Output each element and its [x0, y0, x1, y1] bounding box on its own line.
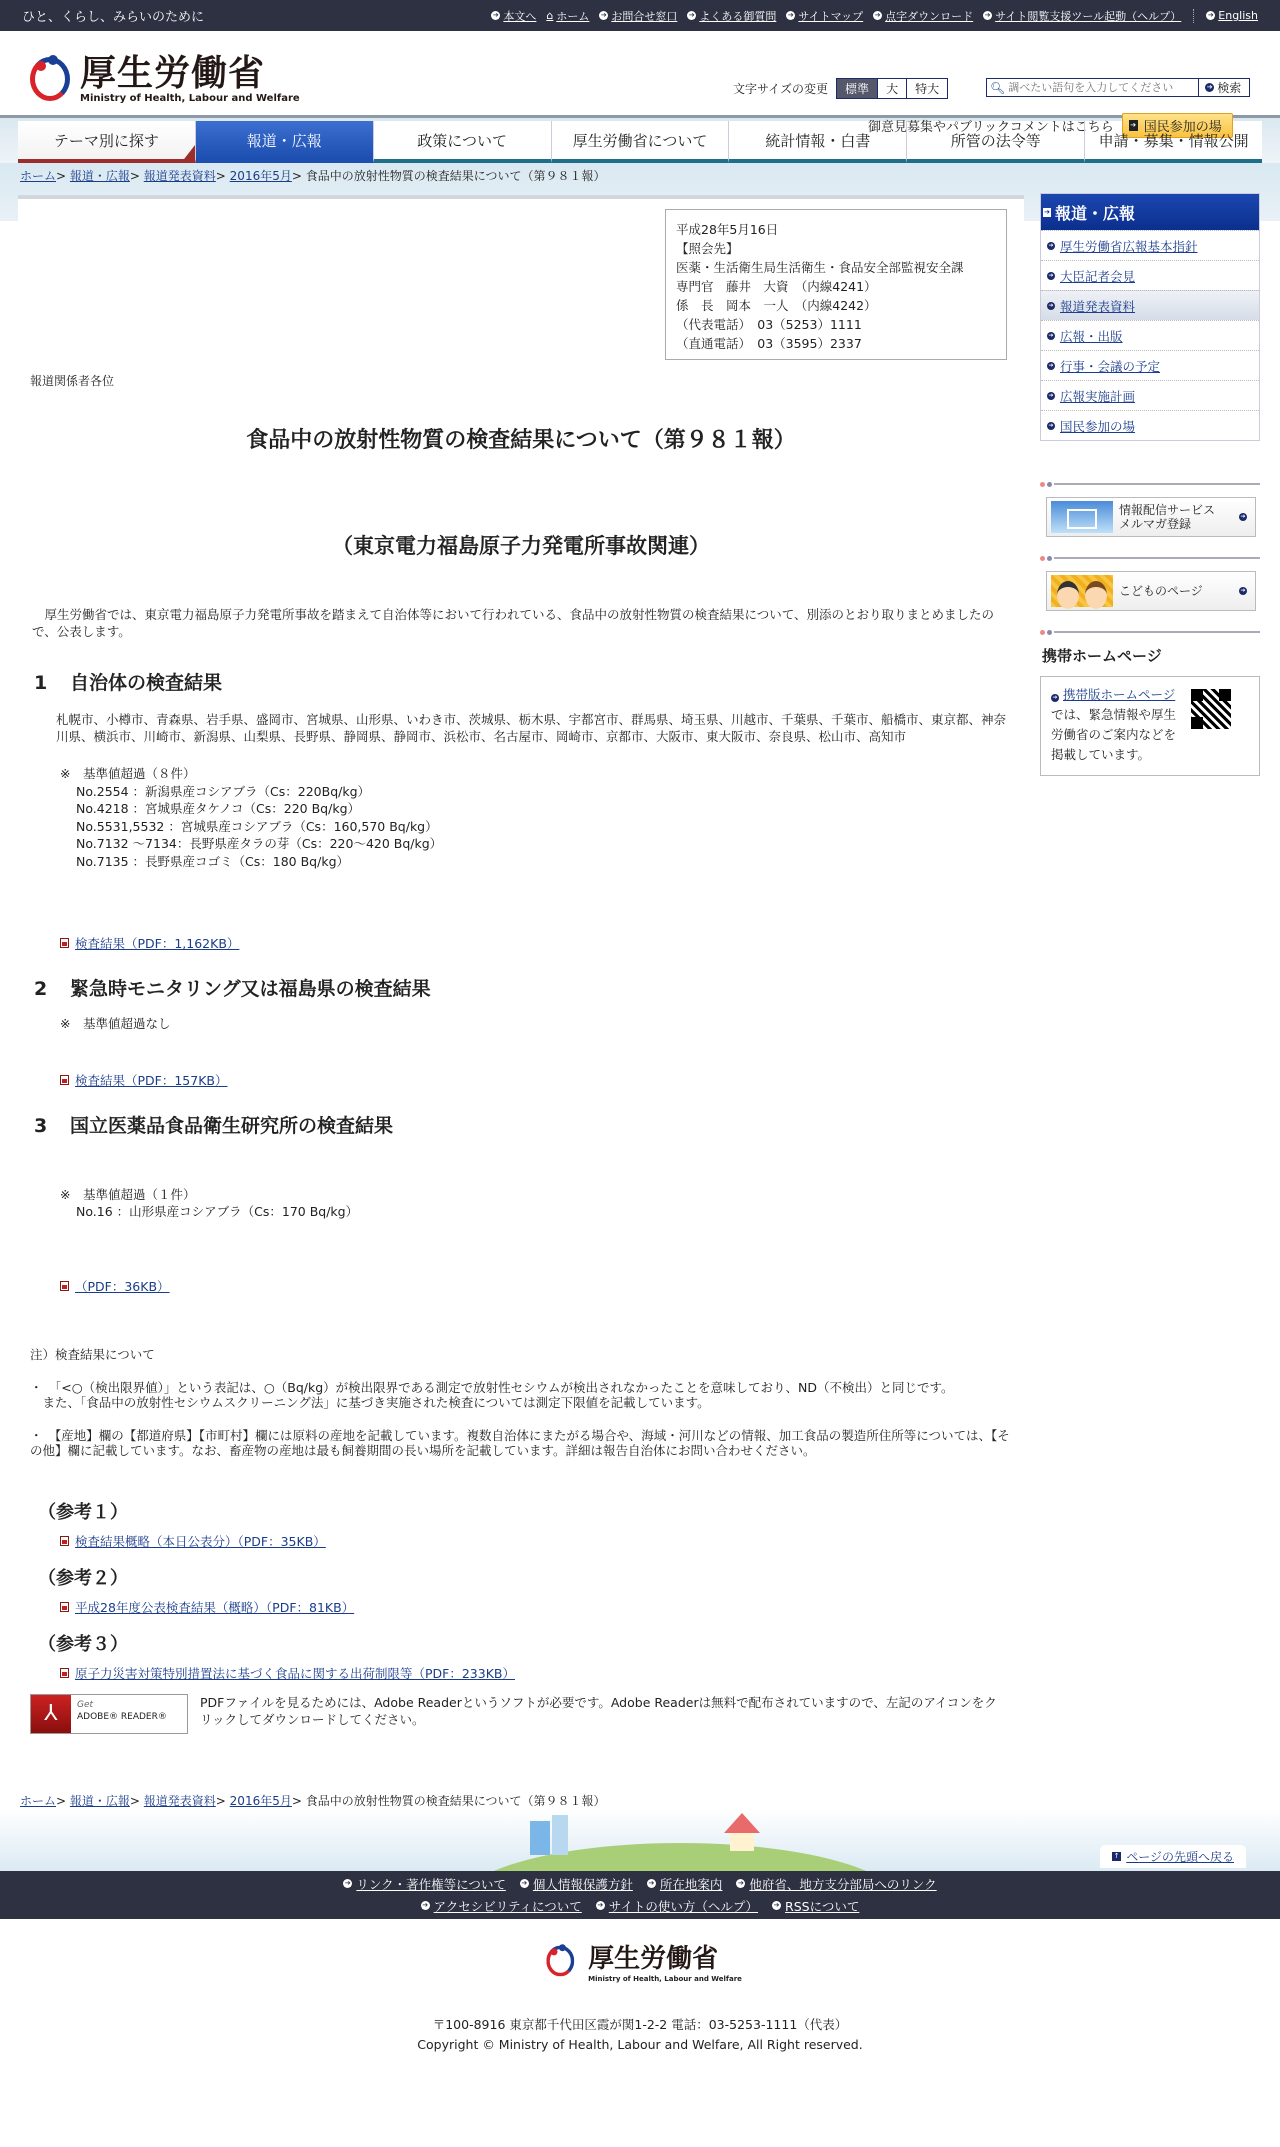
sidebar-item-pr-policy[interactable]: ➔厚生労働省広報基本指針	[1041, 230, 1259, 260]
arrow-circle-icon: ➔	[1047, 362, 1055, 370]
note-paragraph: ・ 【産地】欄の【都道府県】【市町村】欄には原料の産地を記載しています。複数自治…	[30, 1428, 1012, 1458]
breadcrumb-home[interactable]: ホーム	[20, 169, 56, 183]
text-size-xlarge-button[interactable]: 特大	[906, 79, 947, 98]
sidebar-item-link[interactable]: 大臣記者会見	[1060, 267, 1135, 285]
banner-label: こどものページ	[1113, 584, 1239, 598]
adobe-get-label: Get	[77, 1699, 167, 1711]
link-label: ホーム	[556, 8, 589, 24]
pdf-link-section-3[interactable]: （PDF：36KB）	[75, 1277, 170, 1295]
sidebar-item-pr-plan[interactable]: ➔広報実施計画	[1041, 380, 1259, 410]
search-button-label: 検索	[1217, 79, 1241, 96]
reference-3-title: （参考３）	[30, 1630, 1012, 1656]
sidebar-item-press-releases[interactable]: ➔報道発表資料	[1041, 290, 1259, 320]
logo-english: Ministry of Health, Labour and Welfare	[80, 93, 300, 104]
link-label: RSSについて	[785, 1897, 859, 1915]
sidebar-item-publications[interactable]: ➔広報・出版	[1041, 320, 1259, 350]
pdf-link-row: 平成28年度公表検査結果（概略）（PDF：81KB）	[60, 1598, 1012, 1616]
breadcrumb-current: 食品中の放射性物質の検査結果について（第９８１報）	[306, 169, 606, 183]
text-size-standard-button[interactable]: 標準	[837, 79, 877, 98]
building-illustration	[552, 1815, 568, 1855]
exceedance-note-2: ※ 基準値超過なし	[60, 1015, 1012, 1033]
footer-scenery: ↑ページの先頭へ戻る	[0, 1809, 1280, 1871]
breadcrumb-current: 食品中の放射性物質の検査結果について（第９８１報）	[306, 1794, 606, 1808]
section-3-heading: 3国立医薬品食品衛生研究所の検査結果	[30, 1111, 1012, 1138]
note-item: No.4218 ：宮城県産タケノコ（Cs：220 Bq/kg）	[60, 800, 1012, 818]
nav-tab-themes[interactable]: テーマ別に探す	[18, 121, 196, 163]
qr-code-icon	[1191, 689, 1231, 729]
text-size-buttons: 標準 大 特大	[836, 78, 948, 99]
arrow-square-icon: ➔	[1043, 208, 1051, 217]
sidebar-press-menu: ➔報道・広報 ➔厚生労働省広報基本指針 ➔大臣記者会見 ➔報道発表資料 ➔広報・…	[1040, 193, 1260, 441]
section-number: 2	[34, 978, 70, 1000]
footer-logo-mark	[538, 1935, 584, 1987]
note-heading: ※ 基準値超過（８件）	[60, 765, 1012, 783]
exceedance-note-1: ※ 基準値超過（８件） No.2554 ：新潟県産コシアブラ（Cs：220Bq/…	[60, 765, 1012, 870]
sidebar: ➔報道・広報 ➔厚生労働省広報基本指針 ➔大臣記者会見 ➔報道発表資料 ➔広報・…	[1040, 193, 1260, 1774]
reference-2-title: （参考２）	[30, 1564, 1012, 1590]
pdf-icon	[60, 1075, 69, 1085]
footer-link-rss[interactable]: ➔RSSについて	[772, 1897, 859, 1915]
text-size-large-button[interactable]: 大	[877, 79, 906, 98]
link-faq[interactable]: ➔よくある御質問	[687, 8, 776, 24]
link-accessibility-tool[interactable]: ➔サイト閲覧支援ツール起動（ヘルプ）	[983, 8, 1181, 24]
contact-person-2: 係 長 岡本 一人 （内線4242）	[676, 296, 996, 315]
arrow-circle-icon: ➔	[873, 11, 882, 20]
reference-1-link[interactable]: 検査結果概略（本日公表分）（PDF：35KB）	[75, 1532, 326, 1550]
link-label: よくある御質問	[699, 8, 776, 24]
sidebar-item-link[interactable]: 広報・出版	[1060, 327, 1123, 345]
contact-dept: 医薬・生活衛生局生活衛生・食品安全部監視安全課	[676, 258, 996, 277]
divider	[1040, 555, 1260, 561]
pdf-link-row: （PDF：36KB）	[60, 1277, 1012, 1295]
house-illustration	[724, 1813, 760, 1833]
note-item: No.5531,5532 ：宮城県産コシアブラ（Cs：160,570 Bq/kg…	[60, 818, 1012, 836]
utility-links: ➔本文へ ⌂ホーム ➔お問合せ窓口 ➔よくある御質問 ➔サイトマップ ➔点字ダウ…	[491, 8, 1258, 24]
search-input[interactable]	[1008, 81, 1198, 94]
nav-tab-label: 申請・募集・情報公開	[1099, 130, 1249, 151]
note-item: No.7135 ：長野県産コゴミ（Cs：180 Bq/kg）	[60, 853, 1012, 871]
logo-name: 厚生労働省	[80, 55, 300, 93]
nav-tab-label: テーマ別に探す	[54, 130, 159, 151]
footer-link-accessibility[interactable]: ➔アクセシビリティについて	[421, 1897, 582, 1915]
section-title: 国立医薬品食品衛生研究所の検査結果	[70, 1115, 393, 1137]
text-size-label: 文字サイズの変更	[733, 80, 828, 97]
search-box: 🔍︎ ➔検索	[986, 78, 1250, 97]
notes-heading: 注）検査結果について	[30, 1347, 1012, 1362]
adobe-reader-notice: ⅄ GetADOBE® READER® PDFファイルを見るためには、Adobe…	[30, 1694, 1012, 1734]
reference-1-title: （参考１）	[30, 1498, 1012, 1524]
section-2-heading: 2緊急時モニタリング又は福島県の検査結果	[30, 974, 1012, 1001]
reference-2-link[interactable]: 平成28年度公表検査結果（概略）（PDF：81KB）	[75, 1598, 354, 1616]
note-item: No.7132 ～7134：長野県産タラの芽（Cs：220～420 Bq/kg）	[60, 835, 1012, 853]
footer-logo: 厚生労働省 Ministry of Health, Labour and Wel…	[538, 1935, 742, 1987]
arrow-circle-icon: ➔	[599, 11, 608, 20]
sidebar-item-link[interactable]: 行事・会議の予定	[1060, 357, 1160, 375]
breadcrumb-releases[interactable]: 報道発表資料	[144, 1794, 216, 1808]
site-logo[interactable]: 厚生労働省 Ministry of Health, Labour and Wel…	[28, 53, 300, 105]
pdf-link-section-1[interactable]: 検査結果（PDF：1,162KB）	[75, 934, 239, 952]
pdf-icon	[60, 1668, 69, 1678]
breadcrumb-home[interactable]: ホーム	[20, 1794, 56, 1808]
addressee: 報道関係者各位	[30, 372, 1012, 389]
contact-tel-main: （代表電話） 03（5253）1111	[676, 315, 996, 334]
sidebar-title: ➔報道・広報	[1041, 194, 1259, 230]
page-subtitle: （東京電力福島原子力発電所事故関連）	[30, 530, 1012, 560]
breadcrumb-releases[interactable]: 報道発表資料	[144, 169, 216, 183]
pdf-link-row: 検査結果（PDF：1,162KB）	[60, 934, 1012, 952]
arrow-circle-icon: ➔	[1047, 332, 1055, 340]
section-number: 3	[34, 1115, 70, 1137]
link-sitemap[interactable]: ➔サイトマップ	[786, 8, 863, 24]
building-illustration	[530, 1821, 550, 1855]
link-english[interactable]: ➔English	[1206, 9, 1258, 22]
adobe-logo-icon: ⅄	[31, 1695, 71, 1733]
hill-illustration	[460, 1843, 900, 1871]
arrow-circle-icon: ➔	[1205, 83, 1214, 92]
search-button[interactable]: ➔検索	[1198, 79, 1247, 96]
nav-tab-statistics[interactable]: 統計情報・白書	[729, 121, 907, 163]
note-heading: ※ 基準値超過（１件）	[60, 1186, 1012, 1204]
arrow-circle-icon: ➔	[687, 11, 696, 20]
arrow-circle-icon: ➔	[1047, 422, 1055, 430]
arrow-circle-icon: ➔	[1051, 694, 1059, 702]
footer-link-privacy[interactable]: ➔個人情報保護方針	[520, 1875, 633, 1893]
footer-logo-name: 厚生労働省	[588, 1938, 742, 1975]
contact-box: 平成28年5月16日 【照会先】 医薬・生活衛生局生活衛生・食品安全部監視安全課…	[665, 209, 1007, 360]
pdf-link-section-2[interactable]: 検査結果（PDF：157KB）	[75, 1071, 228, 1089]
divider	[1040, 629, 1260, 635]
link-label: リンク・著作権等について	[356, 1875, 506, 1893]
pdf-link-row: 検査結果概略（本日公表分）（PDF：35KB）	[60, 1532, 1012, 1550]
section-title: 緊急時モニタリング又は福島県の検査結果	[70, 978, 431, 1000]
arrow-circle-icon: ➔	[421, 1901, 430, 1910]
note-paragraph: また、「食品中の放射性セシウムスクリーニング法」に基づき実施された検査については…	[30, 1395, 1012, 1410]
site-footer: 厚生労働省 Ministry of Health, Labour and Wel…	[0, 1919, 1280, 2070]
text-size-control: 文字サイズの変更 標準 大 特大	[733, 78, 948, 99]
link-label: 点字ダウンロード	[885, 8, 973, 24]
arrow-circle-icon: ➔	[647, 1879, 656, 1888]
section-title: 自治体の検査結果	[70, 672, 222, 694]
logo-mark-icon	[28, 53, 74, 105]
footer-logo-english: Ministry of Health, Labour and Welfare	[588, 1975, 742, 1983]
arrow-circle-icon: ➔	[1047, 302, 1055, 310]
arrow-circle-icon: ➔	[736, 1879, 745, 1888]
tagline: ひと、くらし、みらいのために	[22, 6, 204, 25]
global-nav: テーマ別に探す 報道・広報 政策について 厚生労働省について 統計情報・白書 所…	[18, 121, 1262, 163]
arrow-circle-icon: ➔	[596, 1901, 605, 1910]
nav-tab-label: 厚生労働省について	[573, 130, 708, 151]
logo-mark-icon	[545, 1942, 577, 1978]
link-label: サイトマップ	[798, 8, 863, 24]
nav-tab-laws[interactable]: 所管の法令等	[907, 121, 1085, 163]
release-date: 平成28年5月16日	[676, 220, 996, 239]
page-title: 食品中の放射性物質の検査結果について（第９８１報）	[30, 423, 1012, 454]
top-bar: ひと、くらし、みらいのために ➔本文へ ⌂ホーム ➔お問合せ窓口 ➔よくある御質…	[0, 0, 1280, 31]
home-icon: ⌂	[546, 9, 553, 22]
link-home[interactable]: ⌂ホーム	[546, 8, 589, 24]
section-number: 1	[34, 672, 70, 694]
sidebar-item-participation[interactable]: ➔国民参加の場	[1041, 410, 1259, 440]
sidebar-item-minister-press[interactable]: ➔大臣記者会見	[1041, 260, 1259, 290]
pdf-icon	[60, 938, 69, 948]
link-braille[interactable]: ➔点字ダウンロード	[873, 8, 973, 24]
link-label: 本文へ	[503, 8, 536, 24]
note-paragraph: ・ 「<○（検出限界値）」という表記は、○（Bq/kg）が検出限界である測定で放…	[30, 1380, 1012, 1395]
sidebar-title-label: 報道・広報	[1055, 201, 1135, 224]
footer-nav: ➔リンク・著作権等について ➔個人情報保護方針 ➔所在地案内 ➔他府省、地方支分…	[0, 1871, 1280, 1919]
reference-3-link[interactable]: 原子力災害対策特別措置法に基づく食品に関する出荷制限等（PDF：233KB）	[75, 1664, 515, 1682]
arrow-circle-icon: ➔	[1239, 513, 1247, 521]
exceedance-note-3: ※ 基準値超過（１件） No.16 ：山形県産コシアブラ（Cs：170 Bq/k…	[60, 1186, 1012, 1221]
references: （参考１） 検査結果概略（本日公表分）（PDF：35KB） （参考２） 平成28…	[30, 1498, 1012, 1682]
contact-person-1: 専門官 藤井 大資 （内線4241）	[676, 277, 996, 296]
footer-copyright: Copyright © Ministry of Health, Labour a…	[0, 2037, 1280, 2070]
link-label: アクセシビリティについて	[434, 1897, 582, 1915]
breadcrumb-bottom: ホーム> 報道・広報> 報道発表資料> 2016年5月> 食品中の放射性物質の検…	[0, 1774, 1280, 1809]
arrow-circle-icon: ➔	[1239, 587, 1247, 595]
nav-tab-about[interactable]: 厚生労働省について	[552, 121, 730, 163]
pdf-link-row: 検査結果（PDF：157KB）	[60, 1071, 1012, 1089]
back-to-top-link[interactable]: ページの先頭へ戻る	[1126, 1848, 1234, 1865]
arrow-circle-icon: ➔	[1047, 392, 1055, 400]
footer-link-other-ministries[interactable]: ➔他府省、地方支分部局へのリンク	[736, 1875, 936, 1893]
notes: 注）検査結果について ・ 「<○（検出限界値）」という表記は、○（Bq/kg）が…	[30, 1347, 1012, 1458]
note-heading: ※ 基準値超過なし	[60, 1015, 1012, 1033]
footer-address: 〒100-8916 東京都千代田区霞が関1-2-2 電話：03-5253-111…	[0, 2015, 1280, 2033]
sidebar-item-link[interactable]: 国民参加の場	[1060, 417, 1135, 435]
nav-tab-press[interactable]: 報道・広報	[196, 121, 374, 163]
sidebar-item-link[interactable]: 厚生労働省広報基本指針	[1060, 237, 1198, 255]
mail-magazine-banner[interactable]: 情報配信サービスメルマガ登録 ➔	[1046, 497, 1256, 537]
divider	[1040, 481, 1260, 487]
pdf-icon	[60, 1281, 69, 1291]
arrow-circle-icon: ➔	[983, 11, 992, 20]
mobile-site-box: ➔ 携帯版ホームページでは、緊急情報や厚生労働省のご案内などを掲載しています。	[1040, 676, 1260, 776]
contact-tel-direct: （直通電話） 03（3595）2337	[676, 334, 996, 353]
sidebar-item-events[interactable]: ➔行事・会議の予定	[1041, 350, 1259, 380]
link-label: 所在地案内	[660, 1875, 723, 1893]
mobile-site-text: では、緊急情報や厚生労働省のご案内などを掲載しています。	[1051, 707, 1176, 762]
nav-tab-policy[interactable]: 政策について	[374, 121, 552, 163]
separator	[1193, 9, 1194, 23]
back-to-top-button[interactable]: ↑ページの先頭へ戻る	[1100, 1845, 1246, 1868]
page-layout: 平成28年5月16日 【照会先】 医薬・生活衛生局生活衛生・食品安全部監視安全課…	[0, 195, 1280, 1774]
arrow-circle-icon: ➔	[1206, 11, 1215, 20]
children-icon	[1051, 575, 1113, 607]
banner-label: 情報配信サービス	[1119, 503, 1239, 517]
breadcrumb-month[interactable]: 2016年5月	[230, 1794, 292, 1808]
footer-link-help[interactable]: ➔サイトの使い方（ヘルプ）	[596, 1897, 758, 1915]
note-item: No.16 ：山形県産コシアブラ（Cs：170 Bq/kg）	[60, 1203, 1012, 1221]
adobe-name-label: ADOBE® READER®	[77, 1711, 167, 1723]
arrow-circle-icon: ➔	[786, 11, 795, 20]
arrow-circle-icon: ➔	[491, 11, 500, 20]
nav-tab-label: 報道・広報	[247, 130, 322, 151]
pdf-link-row: 原子力災害対策特別措置法に基づく食品に関する出荷制限等（PDF：233KB）	[60, 1664, 1012, 1682]
arrow-up-icon: ↑	[1112, 1852, 1121, 1861]
link-label: サイトの使い方（ヘルプ）	[609, 1897, 758, 1915]
search-icon: 🔍︎	[987, 81, 1008, 95]
house-illustration	[730, 1833, 754, 1851]
breadcrumb-press[interactable]: 報道・広報	[70, 169, 130, 183]
section-1-heading: 1自治体の検査結果	[30, 668, 1012, 695]
mobile-site-title: 携帯ホームページ	[1042, 645, 1260, 666]
site-header: 厚生労働省 Ministry of Health, Labour and Wel…	[0, 31, 1280, 118]
footer-link-location[interactable]: ➔所在地案内	[647, 1875, 723, 1893]
arrow-circle-icon: ➔	[772, 1901, 781, 1910]
nav-tab-applications[interactable]: 申請・募集・情報公開	[1085, 121, 1262, 163]
breadcrumb-month[interactable]: 2016年5月	[230, 169, 292, 183]
kids-page-banner[interactable]: こどものページ ➔	[1046, 571, 1256, 611]
adobe-message: PDFファイルを見るためには、Adobe Readerというソフトが必要です。A…	[200, 1694, 1000, 1734]
nav-tab-label: 政策について	[417, 130, 507, 151]
contact-heading: 【照会先】	[676, 239, 996, 258]
envelope-icon	[1051, 501, 1113, 533]
dropdown-corner-icon	[181, 145, 195, 163]
banner-label: メルマガ登録	[1119, 517, 1239, 531]
nav-tab-label: 所管の法令等	[951, 130, 1041, 151]
arrow-circle-icon: ➔	[343, 1879, 352, 1888]
arrow-circle-icon: ➔	[520, 1879, 529, 1888]
link-label: 他府省、地方支分部局へのリンク	[749, 1875, 936, 1893]
link-label: 個人情報保護方針	[533, 1875, 633, 1893]
pdf-icon	[60, 1602, 69, 1612]
link-skip-to-content[interactable]: ➔本文へ	[491, 8, 536, 24]
nav-tab-label: 統計情報・白書	[765, 130, 870, 151]
municipality-list: 札幌市、小樽市、青森県、岩手県、盛岡市、宮城県、山形県、いわき市、茨城県、栃木県…	[56, 711, 1012, 745]
mobile-site-link[interactable]: 携帯版ホームページ	[1063, 687, 1175, 702]
pdf-icon	[60, 1536, 69, 1546]
breadcrumb-press[interactable]: 報道・広報	[70, 1794, 130, 1808]
link-label: English	[1218, 9, 1258, 22]
sidebar-item-link[interactable]: 広報実施計画	[1060, 387, 1135, 405]
global-nav-wrapper: テーマ別に探す 報道・広報 政策について 厚生労働省について 統計情報・白書 所…	[0, 118, 1280, 163]
sidebar-item-link[interactable]: 報道発表資料	[1060, 297, 1135, 315]
link-contact[interactable]: ➔お問合せ窓口	[599, 8, 677, 24]
arrow-circle-icon: ➔	[1047, 242, 1055, 250]
footer-link-copyright[interactable]: ➔リンク・著作権等について	[343, 1875, 506, 1893]
arrow-circle-icon: ➔	[1047, 272, 1055, 280]
link-label: サイト閲覧支援ツール起動（ヘルプ）	[995, 8, 1181, 24]
get-adobe-reader-button[interactable]: ⅄ GetADOBE® READER®	[30, 1694, 188, 1734]
note-item: No.2554 ：新潟県産コシアブラ（Cs：220Bq/kg）	[60, 783, 1012, 801]
main-content: 平成28年5月16日 【照会先】 医薬・生活衛生局生活衛生・食品安全部監視安全課…	[18, 195, 1024, 1774]
intro-paragraph: 厚生労働省では、東京電力福島原子力発電所事故を踏まえて自治体等において行われてい…	[30, 606, 1012, 640]
link-label: お問合せ窓口	[611, 8, 677, 24]
